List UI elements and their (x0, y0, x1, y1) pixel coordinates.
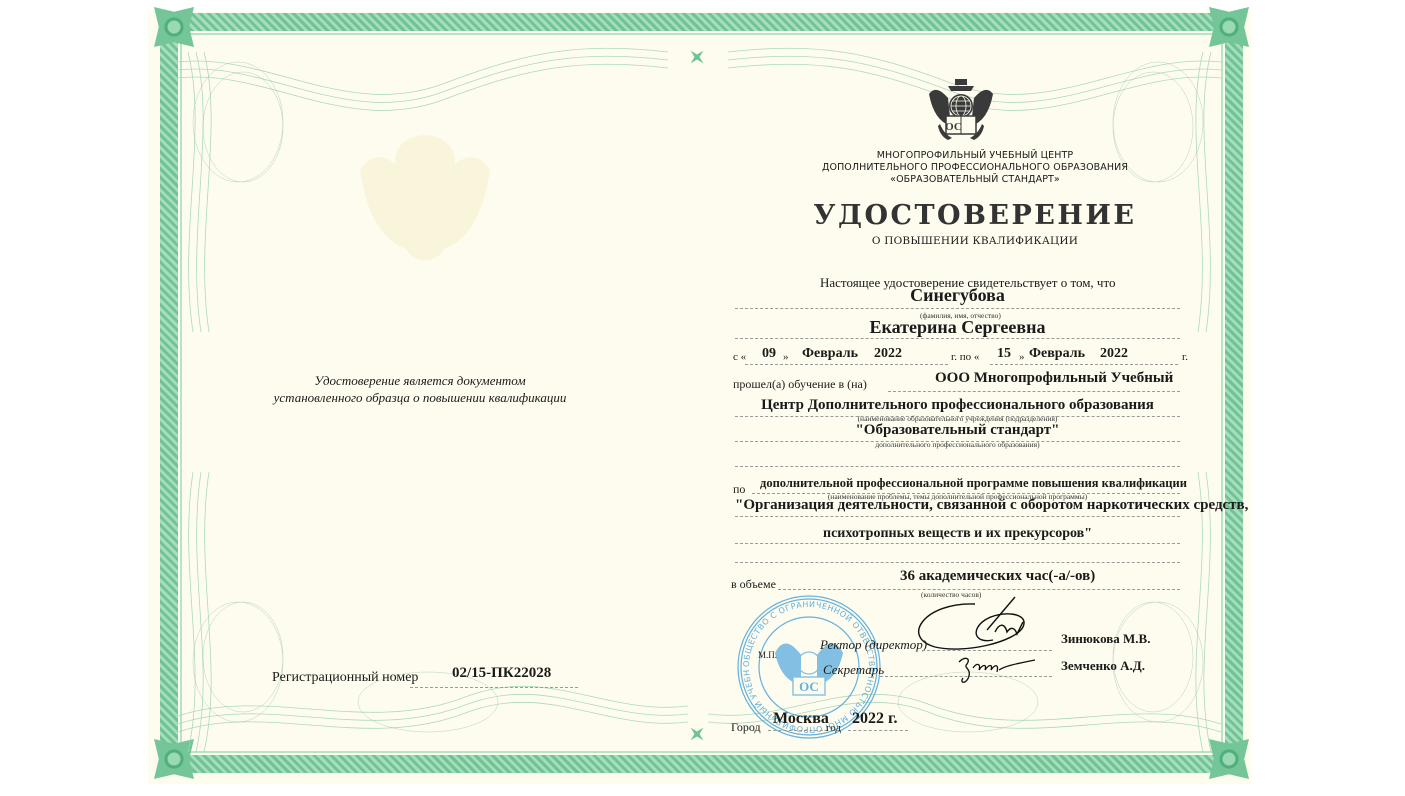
volume-label: в объеме (731, 577, 776, 592)
org-line-3: «ОБРАЗОВАТЕЛЬНЫЙ СТАНДАРТ» (790, 174, 1160, 186)
corner-ornament-icon (154, 739, 194, 779)
institution-line-1: ООО Многопрофильный Учебный (935, 370, 1173, 387)
program-title-underline-2 (735, 543, 1180, 544)
secretary-label: Секретарь (823, 662, 884, 678)
rector-label: Ректор (директор) (820, 637, 927, 653)
program-extra-underline (735, 562, 1180, 563)
last-name: Синегубова (735, 285, 1180, 306)
volume-hint: (количество часов) (921, 590, 981, 599)
legal-note: Удостоверение является документом устано… (270, 372, 570, 406)
institution-underline-4 (735, 466, 1180, 467)
secretary-name: Земченко А.Д. (1061, 658, 1145, 674)
date-from-year: 2022 (874, 346, 902, 362)
registration-number: 02/15-ПК22028 (452, 665, 551, 682)
secretary-signature-line (880, 676, 1052, 677)
program-title-underline-1 (735, 516, 1180, 517)
date-from-month: Февраль (802, 346, 858, 362)
studied-label: прошел(а) обучение в (на) (733, 377, 867, 392)
org-line-2: ДОПОЛНИТЕЛЬНОГО ПРОФЕССИОНАЛЬНОГО ОБРАЗО… (790, 162, 1160, 174)
rector-name: Зинюкова М.В. (1061, 631, 1150, 647)
program-title-line-1: "Организация деятельности, связанной с о… (735, 497, 1195, 514)
svg-text:ОС: ОС (799, 679, 819, 694)
stamp-place-label: М.П. (758, 650, 777, 660)
first-middle-name: Екатерина Сергеевна (735, 317, 1180, 338)
date-from-day: 09 (762, 346, 776, 362)
eagle-globe-book-logo-icon: ОС (926, 76, 996, 144)
date-to-prefix: г. по « (951, 351, 979, 363)
last-name-underline (735, 308, 1180, 309)
corner-ornament-icon (1209, 7, 1249, 47)
city-underline (768, 730, 828, 731)
date-from-day-close: » (783, 351, 789, 363)
corner-ornament-icon (154, 7, 194, 47)
year-underline (848, 730, 908, 731)
first-name-underline (735, 338, 1180, 339)
document-title: УДОСТОВЕРЕНИЕ (790, 200, 1160, 231)
city-label: Город (731, 720, 761, 735)
date-to-day: 15 (997, 346, 1011, 362)
program-title-line-2: психотропных веществ и их прекурсоров" (735, 526, 1180, 542)
institution-line-2: Центр Дополнительного профессионального … (735, 397, 1180, 414)
institution-line-3: "Образовательный стандарт" (735, 422, 1180, 439)
organization-name: МНОГОПРОФИЛЬНЫЙ УЧЕБНЫЙ ЦЕНТР ДОПОЛНИТЕЛ… (790, 150, 1160, 186)
date-from-prefix: с « (733, 351, 746, 363)
double-headed-eagle-icon (340, 120, 510, 270)
date-to-year: 2022 (1100, 346, 1128, 362)
rector-signature-line (922, 650, 1052, 651)
org-line-1: МНОГОПРОФИЛЬНЫЙ УЧЕБНЫЙ ЦЕНТР (790, 150, 1160, 162)
city: Москва (773, 710, 829, 728)
date-suffix: г. (1182, 351, 1188, 363)
document-subtitle: О ПОВЫШЕНИИ КВАЛИФИКАЦИИ (790, 235, 1160, 247)
svg-text:ОС: ОС (945, 121, 962, 133)
date-to-day-close: » (1019, 351, 1025, 363)
date-to-underline (990, 364, 1178, 365)
year: 2022 г. (852, 710, 897, 728)
date-to-month: Февраль (1029, 346, 1085, 362)
legal-note-line-2: установленного образца о повышении квали… (270, 389, 570, 406)
registration-underline (410, 687, 578, 688)
volume-hours: 36 академических час(-а/-ов) (900, 568, 1095, 585)
institution-underline-1 (888, 391, 1180, 392)
program-type: дополнительной профессиональной программ… (760, 476, 1180, 491)
registration-label: Регистрационный номер (272, 670, 418, 686)
legal-note-line-1: Удостоверение является документом (270, 372, 570, 389)
date-from-underline (745, 364, 948, 365)
institution-hint-2: дополнительного профессионального образо… (735, 440, 1180, 449)
year-label: год (826, 722, 841, 734)
corner-ornament-icon (1209, 739, 1249, 779)
